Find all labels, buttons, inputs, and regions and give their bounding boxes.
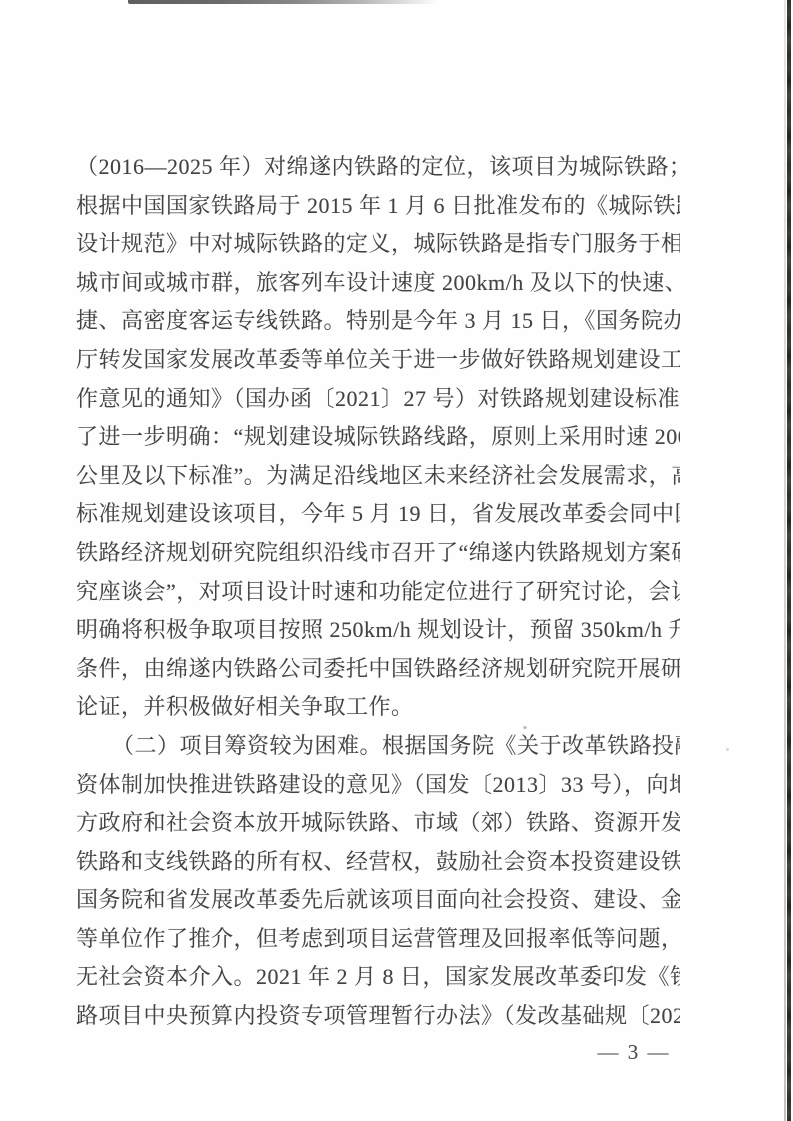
- text-line: 条件，由绵遂内铁路公司委托中国铁路经济规划研究院开展研究: [76, 650, 680, 689]
- document-body: （2016—2025 年）对绵遂内铁路的定位，该项目为城际铁路；根据中国国家铁路…: [76, 148, 680, 1036]
- text-line: 捷、高密度客运专线铁路。特别是今年 3 月 15 日，《国务院办公: [76, 302, 680, 341]
- text-line: 作意见的通知》（国办函〔2021〕27 号）对铁路规划建设标准作: [76, 380, 680, 419]
- text-line: 国务院和省发展改革委先后就该项目面向社会投资、建设、金融: [76, 881, 680, 920]
- text-line: 无社会资本介入。2021 年 2 月 8 日，国家发展改革委印发《铁: [76, 958, 680, 997]
- scan-speck: [726, 748, 729, 751]
- text-line: 资体制加快推进铁路建设的意见》（国发〔2013〕33 号），向地: [76, 766, 680, 805]
- text-line: 厅转发国家发展改革委等单位关于进一步做好铁路规划建设工: [76, 341, 680, 380]
- text-line: 方政府和社会资本放开城际铁路、市域（郊）铁路、资源开发性: [76, 804, 680, 843]
- text-line: 论证，并积极做好相关争取工作。: [76, 688, 680, 727]
- scan-top-smudge-artifact: [128, 0, 438, 4]
- text-line: （二）项目筹资较为困难。根据国务院《关于改革铁路投融: [76, 727, 680, 766]
- text-line: 等单位作了推介，但考虑到项目运营管理及回报率低等问题，均: [76, 920, 680, 959]
- page-number: — 3 —: [594, 1038, 674, 1066]
- scan-edge-line-artifact: [787, 0, 791, 1121]
- text-line: 了进一步明确：“规划建设城际铁路线路，原则上采用时速 200: [76, 418, 680, 457]
- text-line: 铁路经济规划研究院组织沿线市召开了“绵遂内铁路规划方案研: [76, 534, 680, 573]
- text-line: 明确将积极争取项目按照 250km/h 规划设计，预留 350km/h 升级: [76, 611, 680, 650]
- text-line: 铁路和支线铁路的所有权、经营权，鼓励社会资本投资建设铁路。: [76, 843, 680, 882]
- text-line: 设计规范》中对城际铁路的定义，城际铁路是指专门服务于相邻: [76, 225, 680, 264]
- scan-speck: [523, 726, 527, 729]
- text-line: 究座谈会”，对项目设计时速和功能定位进行了研究讨论，会议: [76, 573, 680, 612]
- scanned-document-page: （2016—2025 年）对绵遂内铁路的定位，该项目为城际铁路；根据中国国家铁路…: [0, 0, 793, 1121]
- text-line: 公里及以下标准”。为满足沿线地区未来经济社会发展需求，高: [76, 457, 680, 496]
- text-line: 路项目中央预算内投资专项管理暂行办法》（发改基础规〔2021〕: [76, 997, 680, 1036]
- scan-page-edge-shadow: [784, 0, 786, 1121]
- text-line: 根据中国国家铁路局于 2015 年 1 月 6 日批准发布的《城际铁路: [76, 187, 680, 226]
- text-line: （2016—2025 年）对绵遂内铁路的定位，该项目为城际铁路；: [76, 148, 680, 187]
- text-line: 标准规划建设该项目，今年 5 月 19 日，省发展改革委会同中国: [76, 495, 680, 534]
- text-line: 城市间或城市群，旅客列车设计速度 200km/h 及以下的快速、便: [76, 264, 680, 303]
